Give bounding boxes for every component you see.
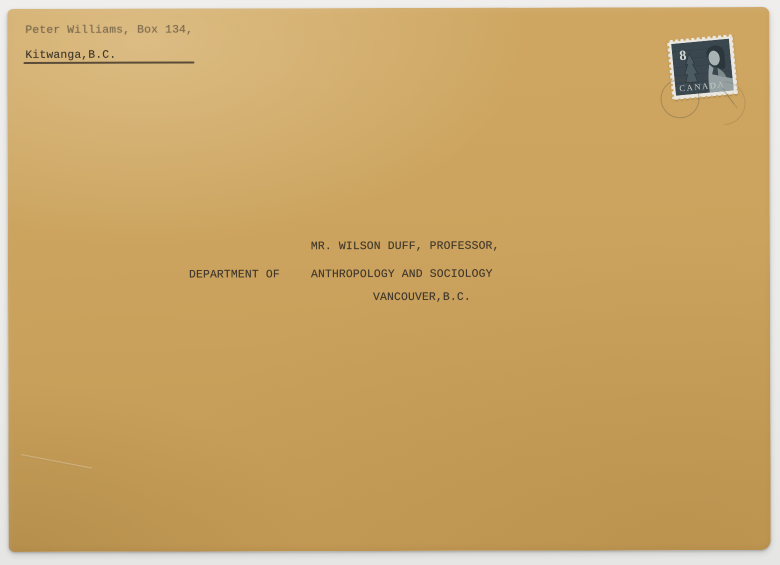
return-address-underline	[23, 62, 194, 64]
return-address-block: Peter Williams, Box 134, Kitwanga,B.C.	[7, 7, 769, 9]
recipient-line1: MR. WILSON DUFF, PROFESSOR,	[311, 241, 500, 253]
stamp-denomination: 8	[679, 49, 687, 65]
recipient-address-block: MR. WILSON DUFF, PROFESSOR, DEPARTMENT O…	[7, 7, 769, 9]
paper-crease	[21, 454, 92, 470]
recipient-line3: VANCOUVER,B.C.	[373, 292, 471, 304]
envelope: Peter Williams, Box 134, Kitwanga,B.C. M…	[7, 7, 770, 552]
recipient-line2-right: ANTHROPOLOGY AND SOCIOLOGY	[311, 269, 493, 281]
recipient-line2-left: DEPARTMENT OF	[189, 269, 280, 281]
scanned-envelope-background: Peter Williams, Box 134, Kitwanga,B.C. M…	[0, 0, 780, 565]
return-address-line1: Peter Williams, Box 134,	[25, 25, 193, 37]
return-address-line2: Kitwanga,B.C.	[25, 50, 116, 62]
